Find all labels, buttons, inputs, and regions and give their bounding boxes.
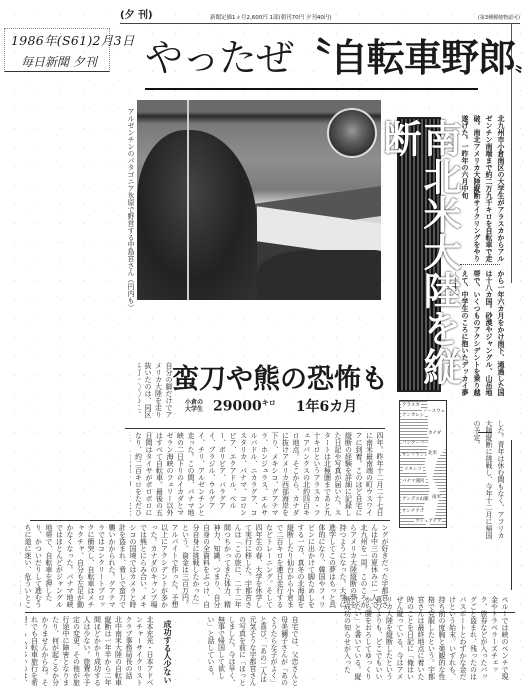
postal-info: (第3種郵便物認可) [478, 14, 520, 21]
comment-title: 成功する人少ない [158, 620, 172, 686]
lead-text-top: 北九州市小倉南区の大学生がアラスカからアルゼンチン南端まで約二万九千キロを自転車… [455, 115, 507, 265]
map-label: カナダ [427, 431, 442, 436]
map-landmass [422, 401, 447, 528]
clipping-label: 1986年(S61)2月3日 毎日新聞 夕刊 [4, 28, 110, 72]
photo-caption: アルゼンチンのパタゴニア氷原で野営する中島宮さん（円内も） [124, 108, 136, 378]
photo-rock [257, 250, 381, 300]
headline-quote-close: 〟 [515, 55, 523, 76]
subheadline: 蛮刀や熊の恐怖も [172, 357, 387, 393]
headline-prefix: やったぜ [145, 36, 293, 80]
map-label: パナマ運河 [401, 479, 426, 484]
body-column-4: ペルーでは峡のベンチで現金やトラベラーズチェック、旅券などが入ったバッグごと盗ま… [300, 596, 510, 686]
map-label: 南米 [431, 495, 442, 500]
portrait-inset [327, 108, 377, 158]
headline: やったぜ〝自転車野郎〟 [145, 28, 485, 88]
map-label: メキシコ [403, 467, 423, 472]
body-column-1: 自分の脚だけでアメリカ大陸を走り抜いたのは、同区本町一〇〇の二、宇都宮秀俊さん(… [138, 362, 174, 424]
vertical-title: 南北米大陸を縦断 [397, 117, 441, 392]
map-label: アラスカ [401, 403, 421, 408]
clipping-newspaper: 毎日新聞 夕刊 [11, 53, 103, 70]
map-label: アンデス山脈 [401, 497, 430, 502]
lead-text-bottom: から一年六カ月をかけ南下、通過した国は十八カ国。砂漠やジャングル、山岳地帯で、い… [455, 270, 507, 400]
map-label: 北米 [427, 451, 438, 456]
lead-separator [460, 264, 500, 265]
frame-rule-right [511, 440, 512, 590]
body-column-2: 四年。昨年十二月二十七日に南米最南端の町ウスワイアに到着。このほど自宅に縦断の経… [130, 432, 385, 518]
edition-label: (夕 刊) [120, 6, 210, 21]
distance-number: 29000 [213, 398, 262, 414]
map-label: ウシュアイア [414, 519, 442, 524]
photo-pole [187, 100, 189, 300]
column-rule [30, 520, 390, 521]
map-label: ノースウェスト [422, 409, 447, 414]
duration-value: 1年6カ月 [296, 396, 357, 416]
masthead: (夕 刊) 新聞定価1ヵ月2,600円 1部(朝刊70円 夕刊40円) (第3種… [120, 10, 520, 24]
headline-rule [145, 88, 478, 90]
distance-unit: キロ [262, 398, 276, 407]
lead-text-end: した。青年は休む間もなく、アフリカ大陸縦断に挑戦し、今年十二月に帰国の予定。 [455, 420, 507, 540]
price-info: 新聞定価1ヵ月2,600円 1部(朝刊70円 夕刊40円) [210, 13, 430, 21]
map-label: サンチアゴ [401, 509, 425, 514]
route-map: アラスカ アンカレジ ノースウェスト カナダ バンクーバー サンフランシスコ 北… [399, 400, 447, 528]
headline-main: 自転車野郎 [330, 36, 515, 80]
distance-value: 29000キロ [213, 398, 276, 415]
map-label: バンクーバー [401, 441, 430, 446]
subject-label: 小倉の 大学生 [185, 399, 207, 413]
subhead-info: 小倉の 大学生 29000キロ 1年6カ月 [185, 396, 385, 416]
body-column-5: 自宅では、父忠さんと母美禰子さんが「あのぐうたらな子がよく」と喜び、「あの二人は… [180, 616, 300, 688]
body-column-6: 北本充光・日本アドベンチャーサイクリストクラブ事務局長の話 北中南米大陸の自転車… [25, 616, 155, 688]
column-rule [125, 428, 385, 429]
article-photo [137, 100, 381, 300]
clipping-date: 1986年(S61)2月3日 [11, 31, 103, 49]
headline-quote-open: 〝 [293, 36, 330, 80]
photo-cyclist [137, 130, 257, 300]
